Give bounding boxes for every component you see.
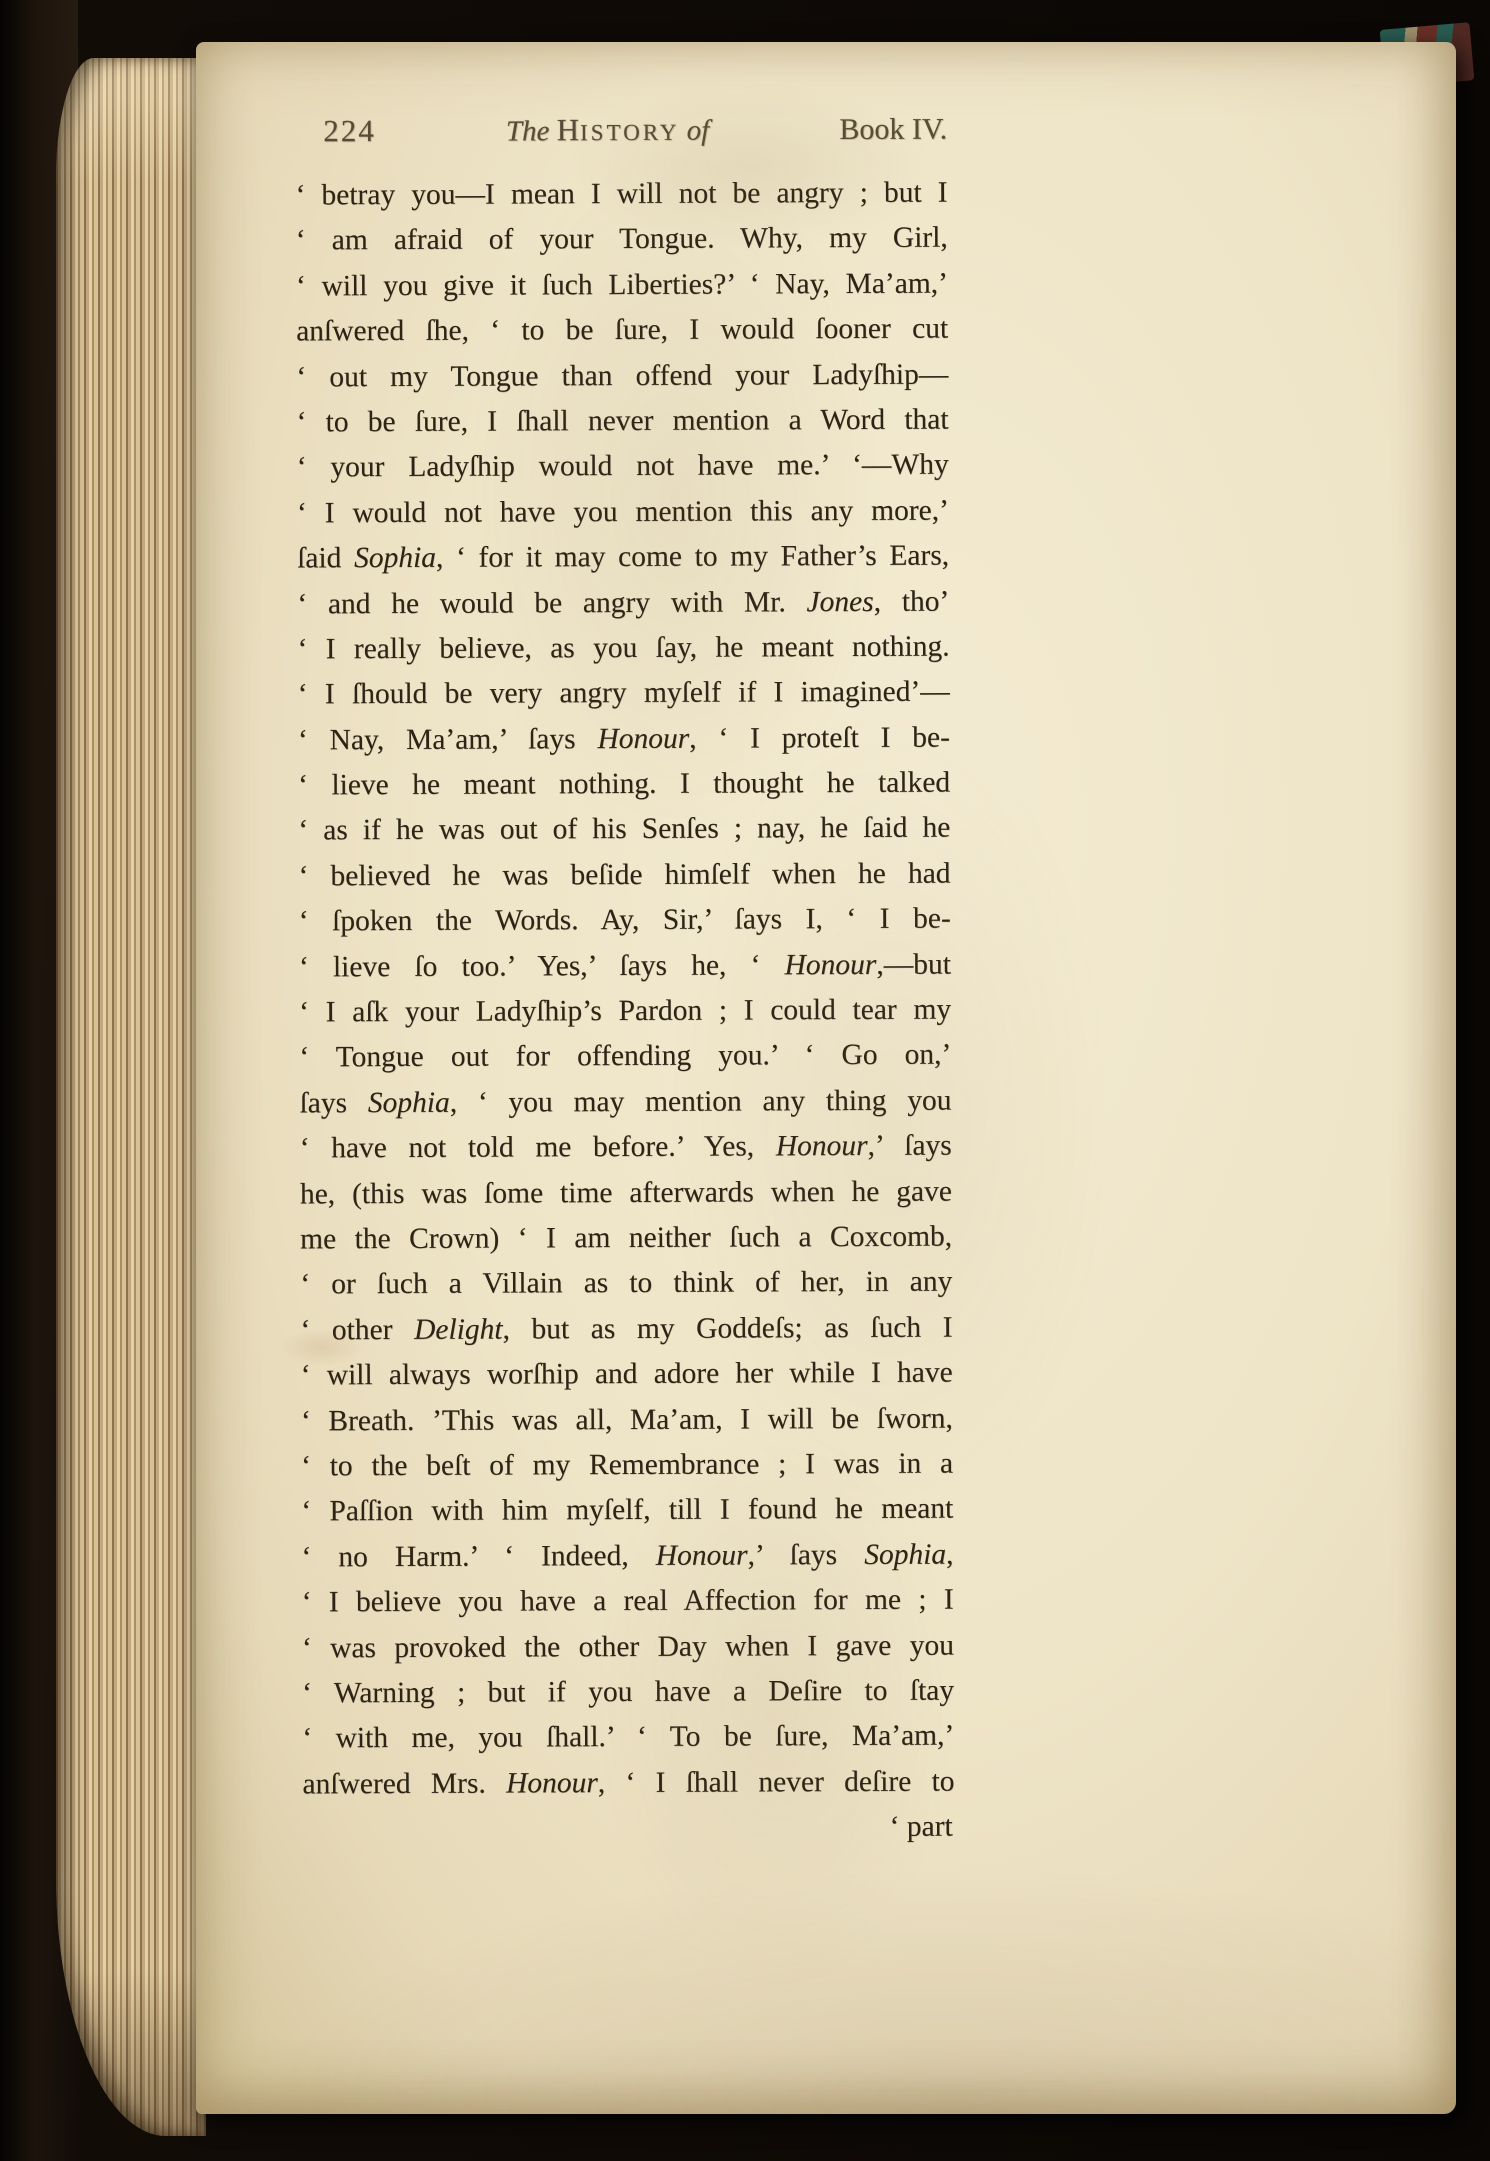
text-line: ‘ I believe you have a real Affection fo… bbox=[302, 1578, 954, 1626]
text-line: anſwered ſhe, ‘ to be ſure, I would ſoon… bbox=[296, 307, 948, 355]
text-line: ‘ Warning ; but if you have a Deſire to … bbox=[302, 1668, 954, 1716]
running-title: The HISTORY of bbox=[506, 112, 709, 149]
text-line: ‘ no Harm.’ ‘ Indeed, Honour,’ ſays Soph… bbox=[301, 1532, 953, 1580]
text-line: ‘ lieve ſo too.’ Yes,’ ſays he, ‘ Honour… bbox=[299, 942, 951, 990]
book-page: 224 The HISTORY of Book IV. ‘ betray you… bbox=[196, 42, 1456, 2114]
text-line: ‘ Nay, Ma’am,’ ſays Honour, ‘ I proteſt … bbox=[298, 715, 950, 763]
text-line: ſaid Sophia, ‘ for it may come to my Fat… bbox=[297, 534, 949, 582]
text-line: ‘ I ſhould be very angry myſelf if I ima… bbox=[298, 670, 950, 718]
text-line: ‘ ſpoken the Words. Ay, Sir,’ ſays I, ‘ … bbox=[299, 897, 951, 945]
text-line: ‘ will you give it ſuch Liberties?’ ‘ Na… bbox=[296, 261, 948, 309]
text-line: ‘ Paſſion with him myſelf, till I found … bbox=[301, 1487, 953, 1535]
book-photo: 224 The HISTORY of Book IV. ‘ betray you… bbox=[0, 0, 1490, 2161]
text-line: ‘ to the beſt of my Remembrance ; I was … bbox=[301, 1442, 953, 1490]
text-line: ‘ to be ſure, I ſhall never mention a Wo… bbox=[296, 398, 948, 446]
text-line: ‘ lieve he meant nothing. I thought he t… bbox=[298, 761, 950, 809]
text-line: ‘ Breath. ’This was all, Ma’am, I will b… bbox=[301, 1396, 953, 1444]
text-line: ‘ other Delight, but as my Goddeſs; as ſ… bbox=[300, 1305, 952, 1353]
text-line: ‘ as if he was out of his Senſes ; nay, … bbox=[298, 806, 950, 854]
text-line: he, (this was ſome time afterwards when … bbox=[300, 1169, 952, 1217]
text-line: ‘ and he would be angry with Mr. Jones, … bbox=[297, 579, 949, 627]
text-line: ‘ I aſk your Ladyſhip’s Pardon ; I could… bbox=[299, 988, 951, 1036]
catchword: ‘ part bbox=[303, 1805, 955, 1853]
fanned-page-edges bbox=[56, 58, 206, 2136]
text-line: ‘ with me, you ſhall.’ ‘ To be ſure, Ma’… bbox=[302, 1714, 954, 1762]
running-title-the: The bbox=[506, 115, 550, 147]
text-line: ‘ or ſuch a Villain as to think of her, … bbox=[300, 1260, 952, 1308]
text-line: ‘ am afraid of your Tongue. Why, my Girl… bbox=[296, 216, 948, 264]
running-title-of: of bbox=[687, 115, 710, 147]
book-label: Book IV. bbox=[839, 113, 947, 147]
text-line: ‘ will always worſhip and adore her whil… bbox=[301, 1351, 953, 1399]
text-line: ſays Sophia, ‘ you may mention any thing… bbox=[299, 1078, 951, 1126]
text-line: ‘ Tongue out for offending you.’ ‘ Go on… bbox=[299, 1033, 951, 1081]
text-line: ‘ believed he was beſide himſelf when he… bbox=[298, 851, 950, 899]
page-number: 224 bbox=[295, 113, 376, 149]
text-line: me the Crown) ‘ I am neither ſuch a Coxc… bbox=[300, 1215, 952, 1263]
text-line: anſwered Mrs. Honour, ‘ I ſhall never de… bbox=[302, 1759, 954, 1807]
text-line: ‘ out my Tongue than offend your Ladyſhi… bbox=[296, 352, 948, 400]
text-column: 224 The HISTORY of Book IV. ‘ betray you… bbox=[295, 111, 955, 1853]
text-line: ‘ I really believe, as you ſay, he meant… bbox=[297, 624, 949, 672]
body-lines: ‘ betray you—I mean I will not be angry … bbox=[295, 171, 954, 1808]
running-head: 224 The HISTORY of Book IV. bbox=[295, 111, 947, 166]
text-line: ‘ have not told me before.’ Yes, Honour,… bbox=[300, 1124, 952, 1172]
running-title-history: HISTORY bbox=[557, 112, 680, 149]
text-line: ‘ I would not have you mention this any … bbox=[297, 488, 949, 536]
text-line: ‘ your Ladyſhip would not have me.’ ‘—Wh… bbox=[297, 443, 949, 491]
text-line: ‘ betray you—I mean I will not be angry … bbox=[295, 171, 947, 219]
text-line: ‘ was provoked the other Day when I gave… bbox=[302, 1623, 954, 1671]
